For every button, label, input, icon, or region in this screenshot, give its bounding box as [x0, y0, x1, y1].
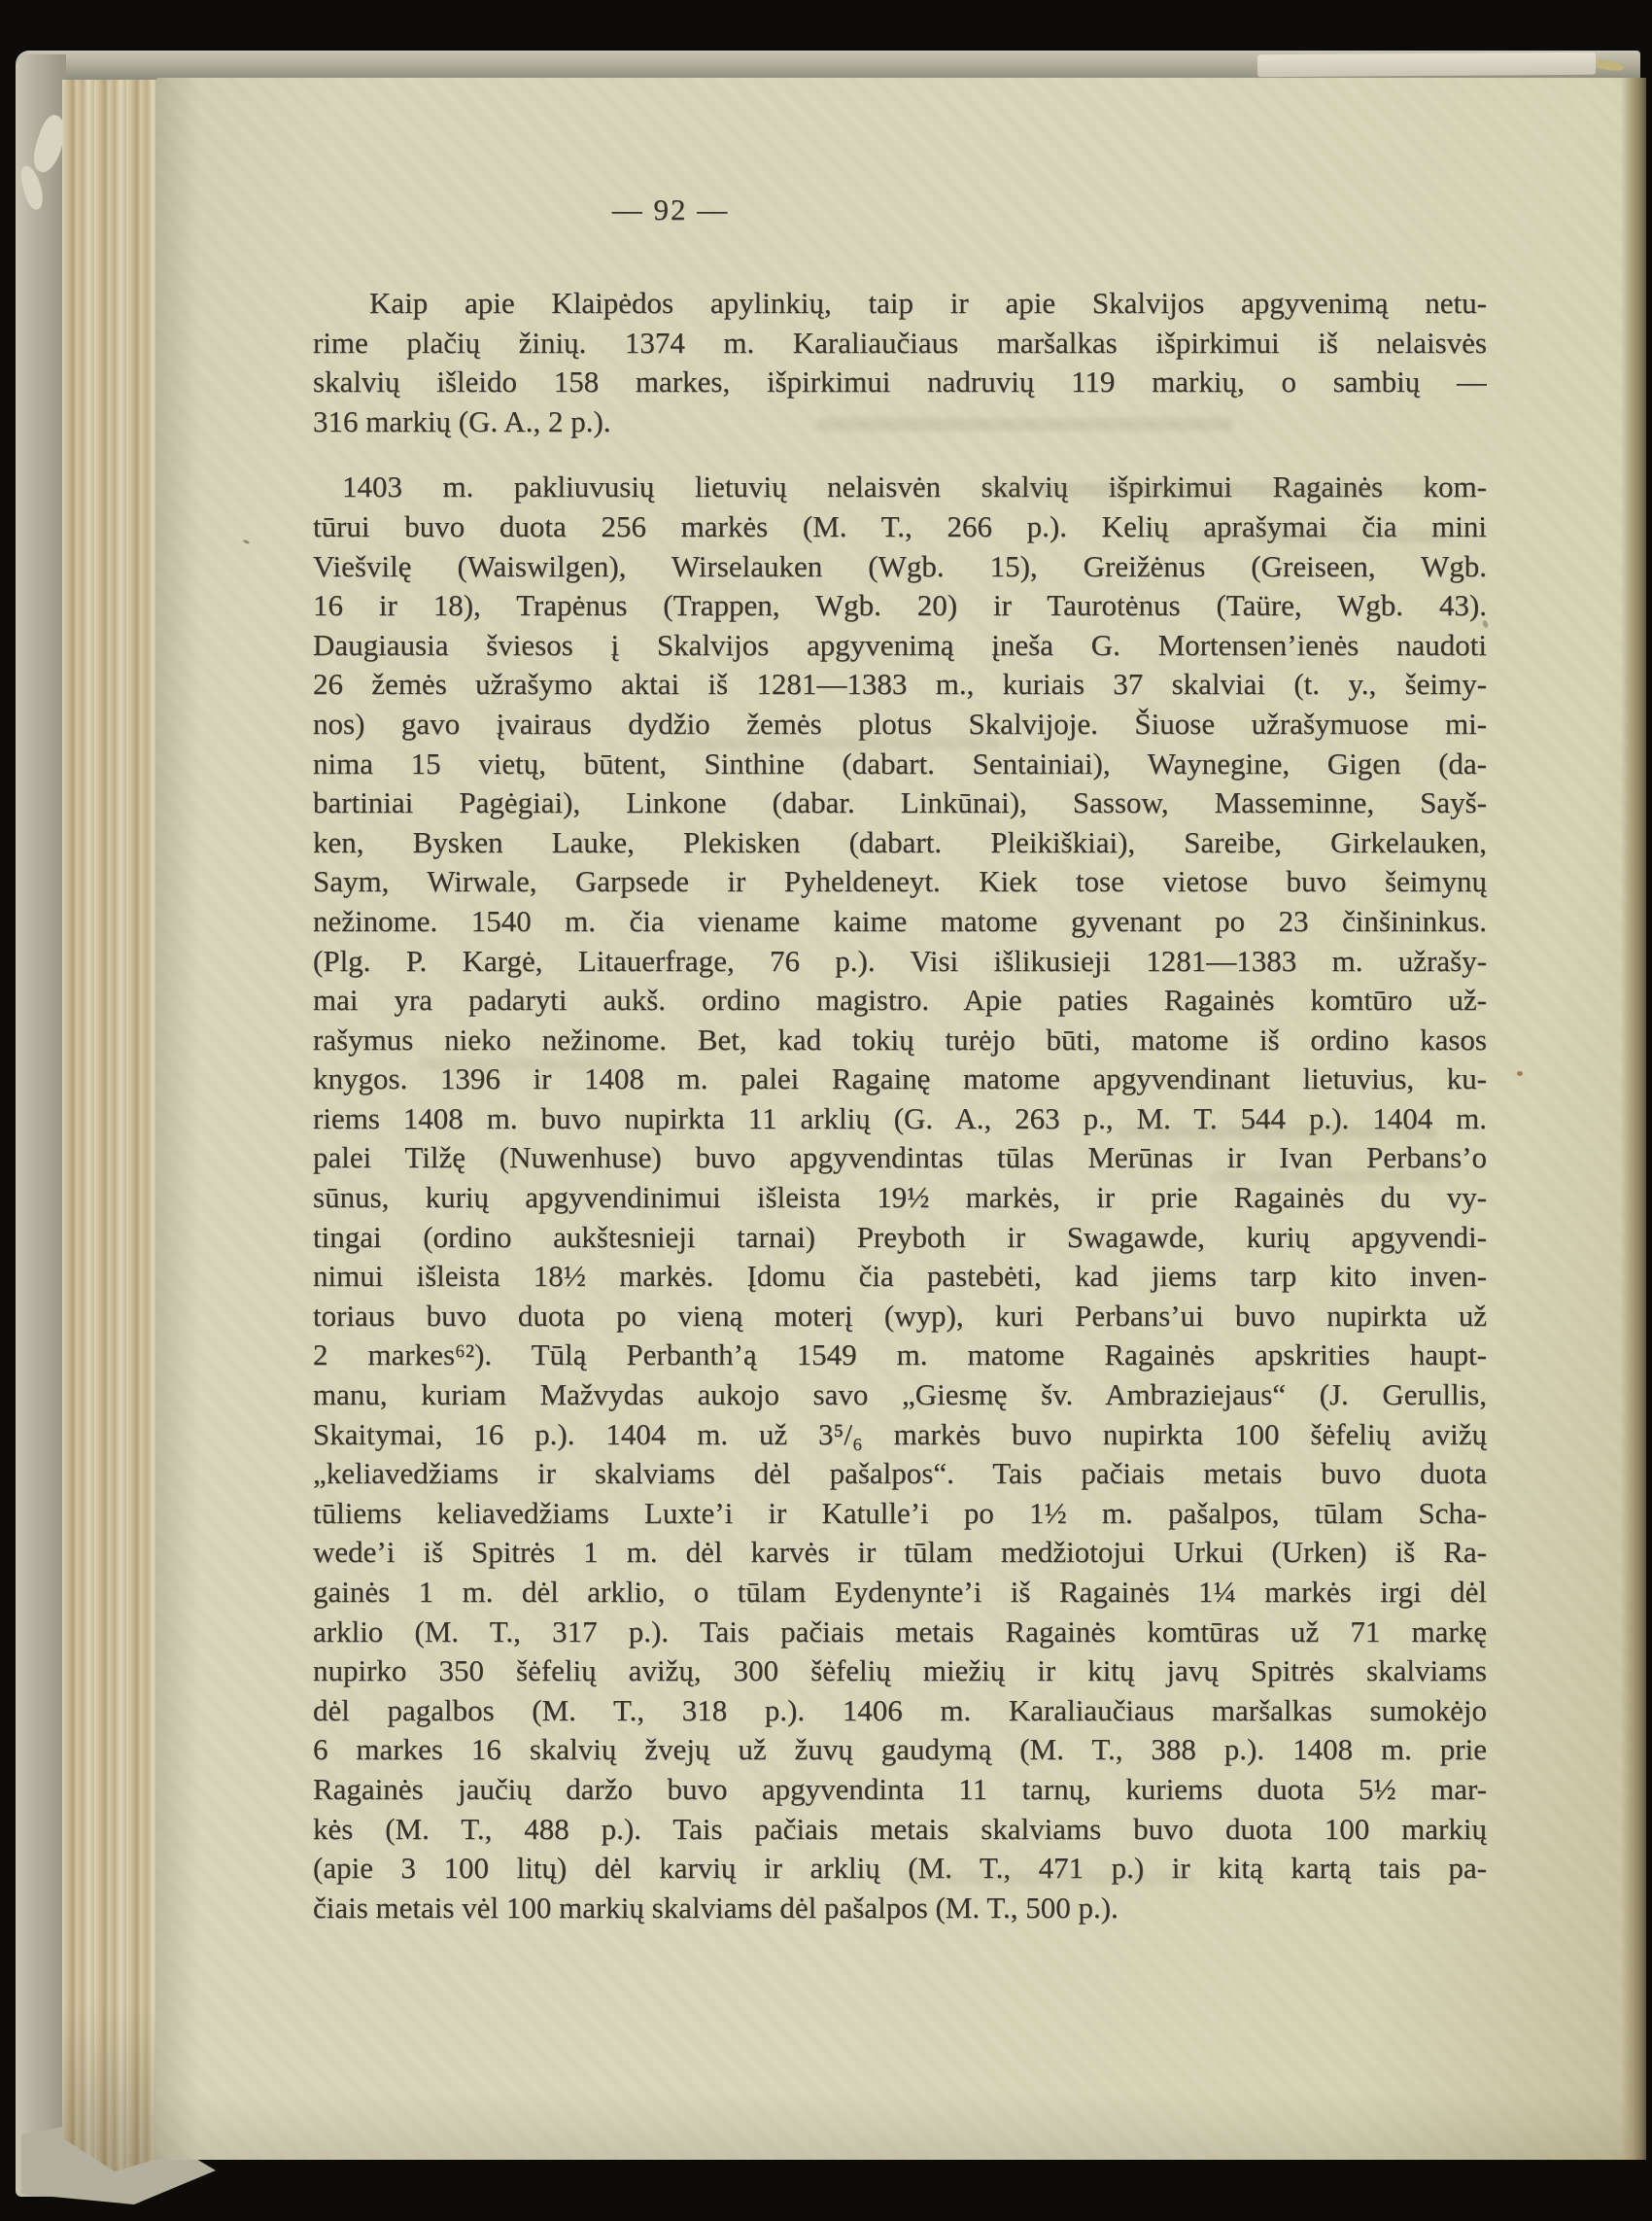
paper-top-edge — [1257, 52, 1596, 77]
showthrough-mark — [1118, 1126, 1438, 1138]
scanned-book-photo: { "colors": { "paper": "#d8d5ba", "ink":… — [0, 0, 1652, 2221]
page-right-crease — [1621, 78, 1646, 2160]
text-line: 2 markes⁶²). Tūlą Perbanth’ą 1549 m. mat… — [313, 1336, 1487, 1375]
text-line: nima 15 vietų, būtent, Sinthine (dabart.… — [313, 745, 1487, 784]
text-line: tūliems keliavedžiams Luxte’i ir Katulle… — [313, 1494, 1487, 1534]
showthrough-mark — [1210, 1170, 1443, 1183]
text-line: (apie 3 100 litų) dėl karvių ir arklių (… — [313, 1849, 1487, 1889]
text-line: nupirko 350 šėfelių avižų, 300 šėfelių m… — [313, 1651, 1487, 1691]
text-line: Daugiausia šviesos į Skalvijos apgyvenim… — [313, 626, 1487, 666]
text-line: skalvių išleido 158 markes, išpirkimui n… — [313, 363, 1487, 402]
text-line: tingai (ordino aukštesnieji tarnai) Prey… — [313, 1218, 1487, 1258]
text-line: kės (M. T., 488 p.). Tais pačiais metais… — [313, 1810, 1487, 1850]
text-line: nimui išleista 18½ markės. Įdomu čia pas… — [313, 1257, 1487, 1297]
text-line: rime plačių žinių. 1374 m. Karaliaučiaus… — [313, 324, 1487, 364]
text-line: 6 markes 16 skalvių žvejų už žuvų gaudym… — [313, 1730, 1487, 1770]
paragraph: 1403 m. pakliuvusių lietuvių nelaisvėn s… — [313, 468, 1487, 1927]
text-line: Saym, Wirwale, Garpsede ir Pyheldeneyt. … — [313, 862, 1487, 902]
showthrough-mark — [816, 418, 1234, 431]
text-line: mai yra padaryti aukš. ordino magistro. … — [313, 981, 1487, 1021]
text-line: Ragainės jaučių daržo buvo apgyvendinta … — [313, 1770, 1487, 1810]
text-line: nežinome. 1540 m. čia viename kaime mato… — [313, 902, 1487, 942]
book-page: — 92 — Kaip apie Klaipėdos apylinkių, ta… — [155, 78, 1640, 2160]
text-line: „keliavedžiams ir skalviams dėl pašalpos… — [313, 1454, 1487, 1494]
text-line: gainės 1 m. dėl arklio, o tūlam Eydenynt… — [313, 1573, 1487, 1613]
text-line: čiais metais vėl 100 markių skalviams dė… — [313, 1889, 1487, 1928]
text-line: rašymus nieko nežinome. Bet, kad tokių t… — [313, 1021, 1487, 1060]
text-line: 16 ir 18), Trapėnus (Trappen, Wgb. 20) i… — [313, 586, 1487, 626]
text-line: Viešvilę (Waiswilgen), Wirselauken (Wgb.… — [313, 547, 1487, 587]
text-line: sūnus, kurių apgyvendinimui išleista 19½… — [313, 1178, 1487, 1218]
text-line: (Plg. P. Kargė, Litauerfrage, 76 p.). Vi… — [313, 942, 1487, 982]
text-line: wede’i iš Spitrės 1 m. dėl karvės ir tūl… — [313, 1533, 1487, 1573]
text-line: ken, Bysken Lauke, Plekisken (dabart. Pl… — [313, 823, 1487, 863]
showthrough-mark — [418, 1058, 622, 1070]
text-line: bartiniai Pagėgiai), Linkone (dabar. Lin… — [313, 783, 1487, 823]
showthrough-mark — [981, 483, 1438, 496]
text-line: toriaus buvo duota po vieną moterį (wyp)… — [313, 1297, 1487, 1336]
text-line: Kaip apie Klaipėdos apylinkių, taip ir a… — [313, 284, 1487, 324]
page-number: — 92 — — [583, 192, 758, 227]
text-line: Skaitymai, 16 p.). 1404 m. už 3⁵/₆ markė… — [313, 1415, 1487, 1455]
text-line: manu, kuriam Mažvydas aukojo savo „Giesm… — [313, 1375, 1487, 1415]
text-line: 26 žemės užrašymo aktai iš 1281—1383 m.,… — [313, 665, 1487, 705]
showthrough-mark — [1156, 530, 1448, 542]
text-line: dėl pagalbos (M. T., 318 p.). 1406 m. Ka… — [313, 1691, 1487, 1731]
paper-speck — [1517, 1071, 1523, 1076]
text-line: arklio (M. T., 317 p.). Tais pačiais met… — [313, 1613, 1487, 1652]
showthrough-mark — [680, 737, 1001, 749]
page-fore-edges — [62, 80, 157, 2171]
showthrough-mark — [904, 1872, 1195, 1885]
book-cover-left-edge — [16, 54, 66, 2197]
